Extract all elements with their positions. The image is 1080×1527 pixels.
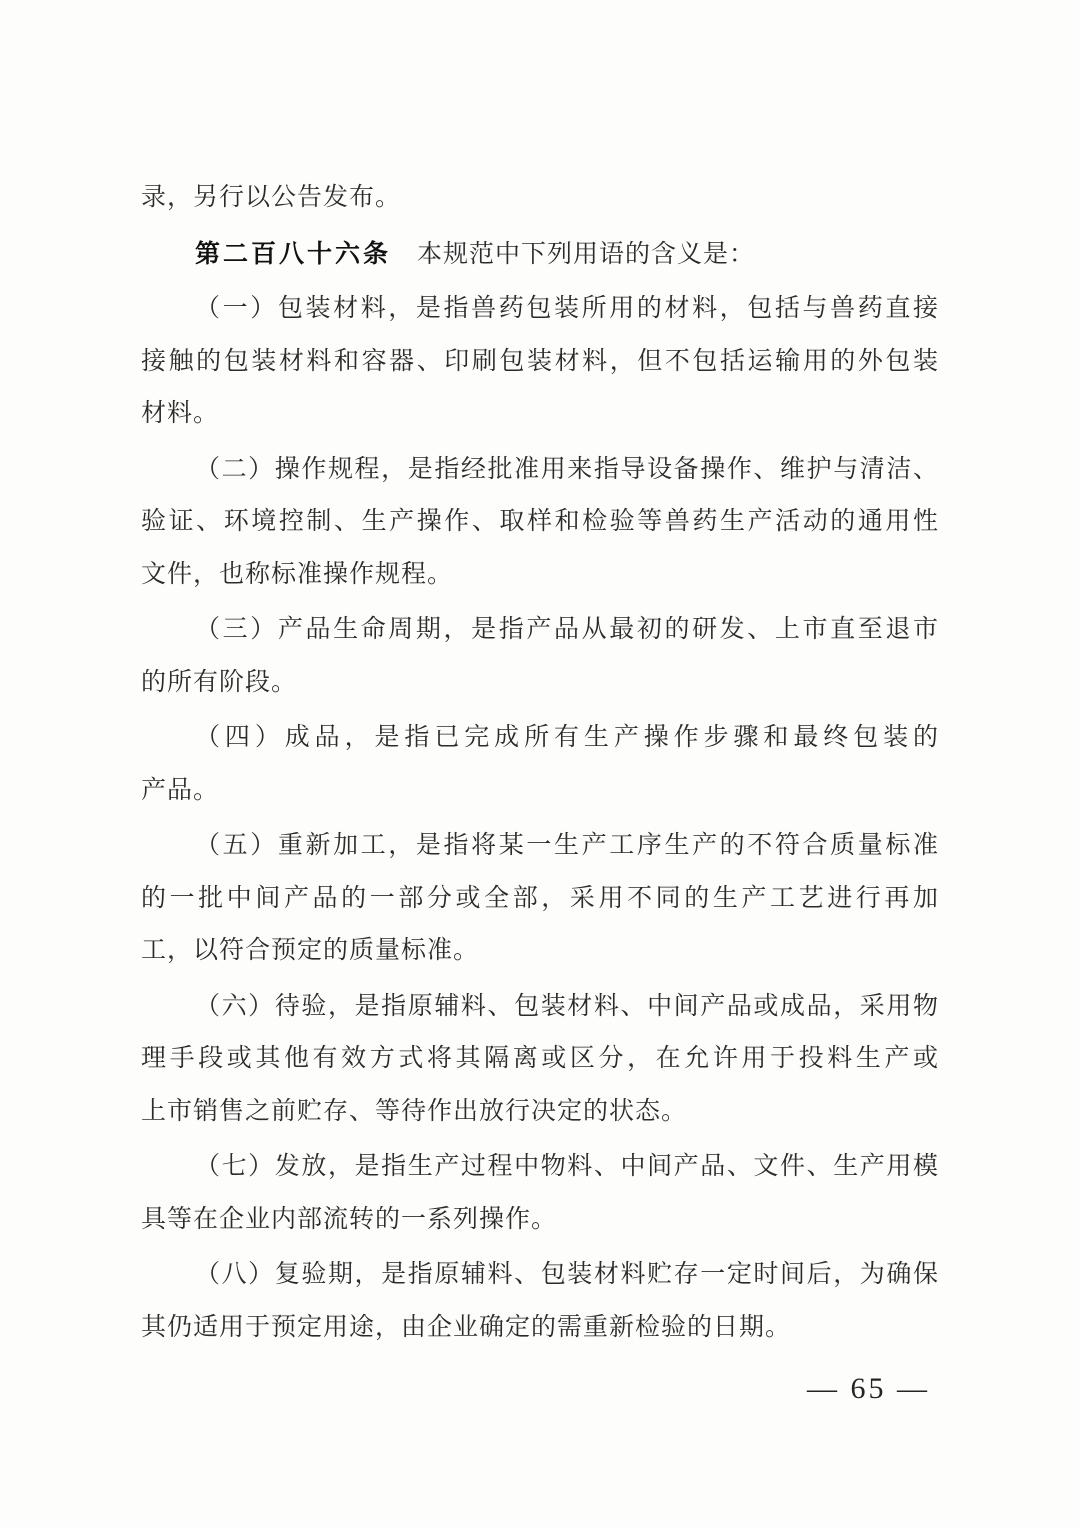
text-line: 具等在企业内部流转的一系列操作。 (141, 1194, 939, 1247)
text-line: 产品。 (141, 765, 939, 818)
text-line: 文件，也称标准操作规程。 (141, 549, 939, 602)
definition-7-issuance: （七）发放，是指生产过程中物料、中间产品、文件、生产用模具等在企业内部流转的一系… (141, 1141, 939, 1246)
text-line: （三）产品生命周期，是指产品从最初的研发、上市直至退市 (141, 604, 939, 657)
text-line: 的所有阶段。 (141, 657, 939, 710)
text-line: （一）包装材料，是指兽药包装所用的材料，包括与兽药直接 (141, 283, 939, 336)
text-line: （四）成品，是指已完成所有生产操作步骤和最终包装的 (141, 712, 939, 765)
definition-8-retest-period: （八）复验期，是指原辅料、包装材料贮存一定时间后，为确保其仍适用于预定用途，由企… (141, 1249, 939, 1354)
definition-6-quarantine: （六）待验，是指原辅料、包装材料、中间产品或成品，采用物理手段或其他有效方式将其… (141, 981, 939, 1139)
text-line: （六）待验，是指原辅料、包装材料、中间产品或成品，采用物 (141, 981, 939, 1034)
text-line: （八）复验期，是指原辅料、包装材料贮存一定时间后，为确保 (141, 1249, 939, 1302)
text-line: 工，以符合预定的质量标准。 (141, 925, 939, 978)
text-line: 上市销售之前贮存、等待作出放行决定的状态。 (141, 1086, 939, 1139)
text-line: （二）操作规程，是指经批准用来指导设备操作、维护与清洁、 (141, 444, 939, 497)
text-line: 材料。 (141, 388, 939, 441)
text-line: 第二百八十六条本规范中下列用语的含义是： (141, 228, 939, 281)
text-line: （七）发放，是指生产过程中物料、中间产品、文件、生产用模 (141, 1141, 939, 1194)
article-number: 第二百八十六条 (195, 240, 391, 268)
definition-1-packaging-material: （一）包装材料，是指兽药包装所用的材料，包括与兽药直接接触的包装材料和容器、印刷… (141, 283, 939, 441)
document-page: 录，另行以公告发布。第二百八十六条本规范中下列用语的含义是：（一）包装材料，是指… (0, 0, 1080, 1527)
definition-5-reprocessing: （五）重新加工，是指将某一生产工序生产的不符合质量标准的一批中间产品的一部分或全… (141, 820, 939, 978)
definition-3-product-lifecycle: （三）产品生命周期，是指产品从最初的研发、上市直至退市的所有阶段。 (141, 604, 939, 709)
text-line: 验证、环境控制、生产操作、取样和检验等兽药生产活动的通用性 (141, 496, 939, 549)
clause-continuation: 录，另行以公告发布。 (141, 172, 939, 225)
document-body: 录，另行以公告发布。第二百八十六条本规范中下列用语的含义是：（一）包装材料，是指… (141, 172, 939, 1357)
text-line: 理手段或其他有效方式将其隔离或区分，在允许用于投料生产或 (141, 1033, 939, 1086)
text-line: 的一批中间产品的一部分或全部，采用不同的生产工艺进行再加 (141, 873, 939, 926)
text-line: 其仍适用于预定用途，由企业确定的需重新检验的日期。 (141, 1302, 939, 1355)
definition-4-finished-product: （四）成品，是指已完成所有生产操作步骤和最终包装的产品。 (141, 712, 939, 817)
text-line: 录，另行以公告发布。 (141, 172, 939, 225)
article-286-heading: 第二百八十六条本规范中下列用语的含义是： (141, 228, 939, 281)
page-number: — 65 — (807, 1372, 930, 1406)
definition-2-operating-procedure: （二）操作规程，是指经批准用来指导设备操作、维护与清洁、验证、环境控制、生产操作… (141, 444, 939, 602)
article-heading-text: 本规范中下列用语的含义是： (417, 241, 755, 268)
text-line: 接触的包装材料和容器、印刷包装材料，但不包括运输用的外包装 (141, 336, 939, 389)
text-line: （五）重新加工，是指将某一生产工序生产的不符合质量标准 (141, 820, 939, 873)
